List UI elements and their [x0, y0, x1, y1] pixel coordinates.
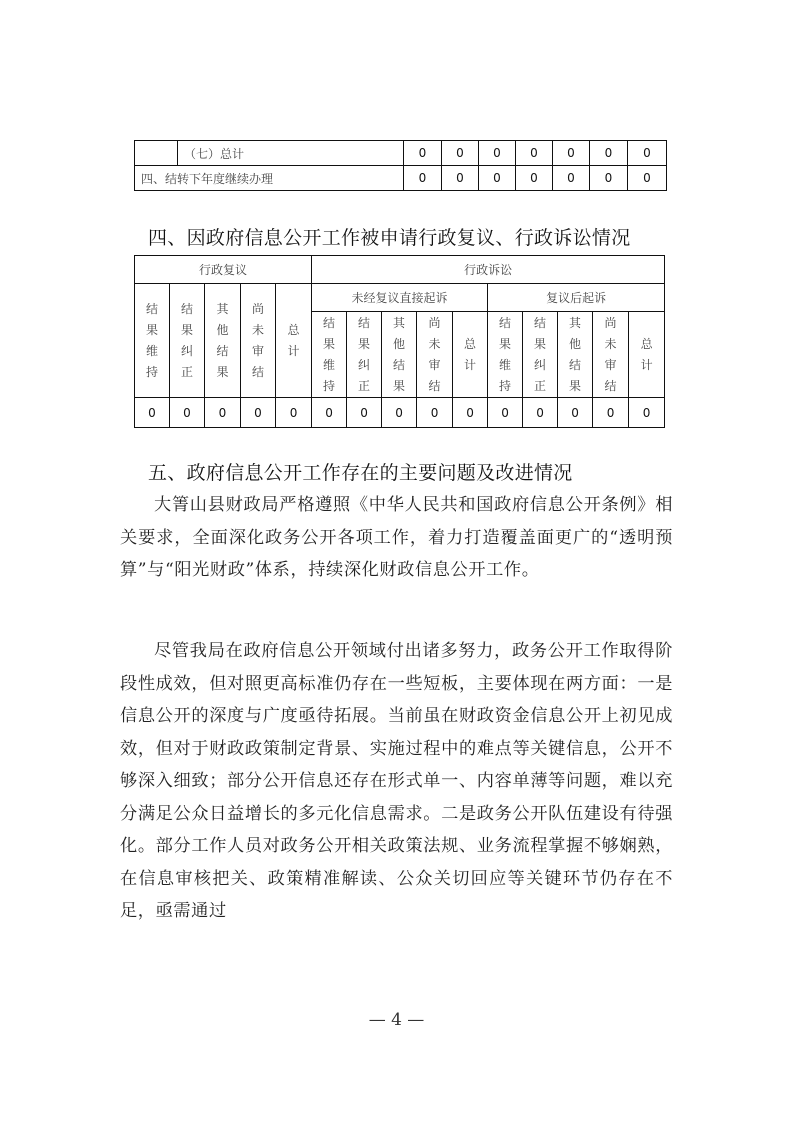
col-header: 其他结果: [392, 313, 406, 397]
page-number: — 4 —: [0, 1010, 793, 1030]
col-header: 尚未审结: [604, 313, 618, 397]
header-admin-review: 行政复议: [135, 256, 312, 284]
col-header: 结果维持: [498, 313, 512, 397]
section-heading-4: 四、因政府信息公开工作被申请行政复议、行政诉讼情况: [148, 223, 631, 250]
value-cell: 0: [553, 166, 590, 191]
annual-stats-table-tail: （七）总计 0 0 0 0 0 0 0 四、结转下年度继续办理 0 0 0 0 …: [134, 140, 667, 191]
sub-header-row: 结果维持 结果纠正 其他结果 尚未审结 总计 未经复议直接起诉 复议后起诉: [135, 284, 665, 312]
value-cell: 0: [276, 398, 312, 428]
section-heading-5: 五、政府信息公开工作存在的主要问题及改进情况: [148, 458, 573, 485]
value-cell: 0: [135, 398, 170, 428]
value-cell: 0: [382, 398, 417, 428]
value-cell: 0: [453, 398, 488, 428]
col-header: 其他结果: [568, 313, 582, 397]
header-direct-suit: 未经复议直接起诉: [312, 284, 488, 312]
value-cell: 0: [523, 398, 558, 428]
col-header: 总计: [640, 334, 654, 376]
col-header: 总计: [463, 334, 477, 376]
col-header: 结果纠正: [357, 313, 371, 397]
value-cell: 0: [488, 398, 523, 428]
table-row-total: （七）总计 0 0 0 0 0 0 0: [135, 141, 667, 166]
group-header-row: 行政复议 行政诉讼: [135, 256, 665, 284]
value-cell: 0: [553, 141, 590, 166]
value-cell: 0: [479, 141, 516, 166]
value-cell: 0: [629, 398, 665, 428]
value-cell: 0: [590, 166, 628, 191]
col-header: 结果纠正: [180, 299, 194, 383]
paragraph-intro: 大箐山县财政局严格遵照《中华人民共和国政府信息公开条例》相关要求，全面深化政务公…: [120, 489, 673, 587]
value-cell: 0: [590, 141, 628, 166]
value-cell: 0: [628, 141, 667, 166]
value-cell: 0: [205, 398, 241, 428]
value-cell: 0: [593, 398, 629, 428]
col-header: 总计: [287, 320, 301, 362]
col-header: 结果维持: [322, 313, 336, 397]
value-cell: 0: [479, 166, 516, 191]
value-cell: 0: [170, 398, 205, 428]
value-cell: 0: [404, 166, 442, 191]
value-cell: 0: [312, 398, 347, 428]
value-cell: 0: [442, 166, 479, 191]
paragraph-problems: 尽管我局在政府信息公开领域付出诸多努力，政务公开工作取得阶段性成效，但对照更高标…: [120, 635, 673, 928]
col-header: 结果维持: [145, 299, 159, 383]
value-cell: 0: [404, 141, 442, 166]
value-cell: 0: [417, 398, 453, 428]
row-label: （七）总计: [178, 141, 404, 166]
value-cell: 0: [241, 398, 276, 428]
header-suit-after-review: 复议后起诉: [488, 284, 665, 312]
value-cell: 0: [558, 398, 593, 428]
col-header: 结果纠正: [533, 313, 547, 397]
value-cell: 0: [516, 141, 553, 166]
value-cell: 0: [442, 141, 479, 166]
row-label: 四、结转下年度继续办理: [135, 166, 404, 191]
review-litigation-table: 行政复议 行政诉讼 结果维持 结果纠正 其他结果 尚未审结 总计 未经复议直接起…: [134, 255, 665, 428]
indent-cell: [135, 141, 178, 166]
header-admin-litigation: 行政诉讼: [312, 256, 665, 284]
table-row-carryover: 四、结转下年度继续办理 0 0 0 0 0 0 0: [135, 166, 667, 191]
value-cell: 0: [628, 166, 667, 191]
value-cell: 0: [347, 398, 382, 428]
value-cell: 0: [516, 166, 553, 191]
col-header: 尚未审结: [251, 299, 265, 383]
values-row: 0 0 0 0 0 0 0 0 0 0 0 0 0 0 0: [135, 398, 665, 428]
col-header: 尚未审结: [428, 313, 442, 397]
col-header: 其他结果: [216, 299, 230, 383]
